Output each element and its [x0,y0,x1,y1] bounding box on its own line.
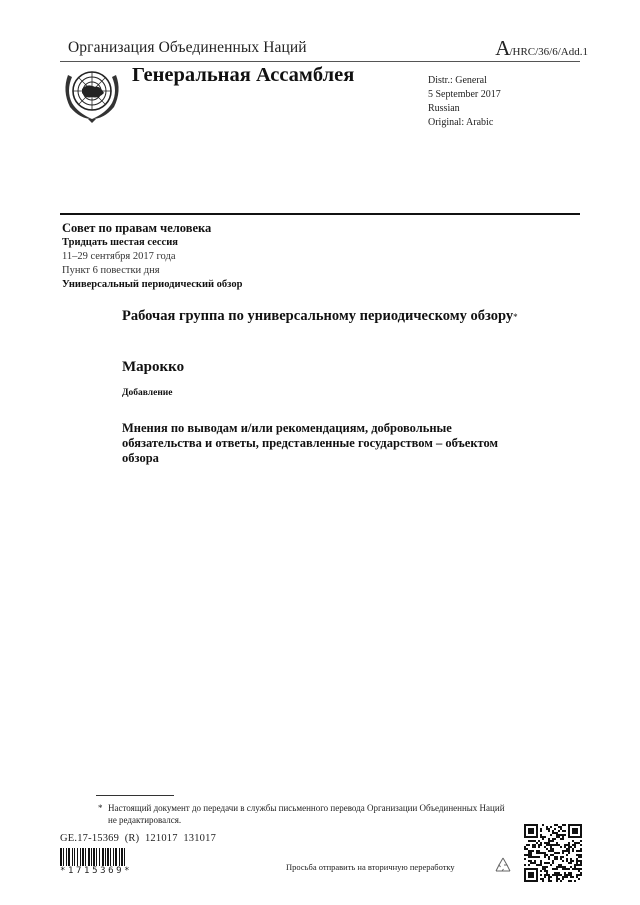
barcode-number: *1715369* [60,866,132,876]
council-block: Совет по правам человека Тридцать шестая… [62,221,242,292]
addendum-label: Добавление [122,388,173,398]
footnote: * Настоящий документ до передачи в служб… [108,802,508,826]
section-rule [60,213,580,215]
barcode-icon [60,848,152,866]
un-emblem-icon [58,63,126,125]
working-group-title: Рабочая группа по универсальному периоди… [122,308,522,326]
working-group-title-text: Рабочая группа по универсальному периоди… [122,308,513,324]
body-title: Генеральная Ассамблея [132,64,354,87]
footnote-marker: * [98,802,103,814]
original-line: Original: Arabic [428,116,501,130]
symbol-rest: /HRC/36/6/Add.1 [509,46,588,58]
footnote-ref[interactable]: * [513,312,518,322]
organization-name: Организация Объединенных Наций [68,39,307,57]
header-rule [60,61,580,62]
session-dates: 11–29 сентября 2017 года [62,250,242,264]
agenda-item: Пункт 6 повестки дня [62,264,242,278]
footnote-rule [96,795,174,796]
subject-title: Мнения по выводам и/или рекомендациям, д… [122,421,522,466]
document-symbol: A/HRC/36/6/Add.1 [495,36,588,61]
footnote-text: Настоящий документ до передачи в службы … [108,803,505,825]
qr-code-icon [524,824,582,882]
symbol-prefix: A [495,36,509,60]
session: Тридцать шестая сессия [62,236,242,250]
distr-line: Distr.: General [428,74,501,88]
distribution-block: Distr.: General 5 September 2017 Russian… [428,74,501,130]
council-name: Совет по правам человека [62,221,242,235]
country-title: Марокко [122,359,184,376]
language-line: Russian [428,102,501,116]
date-line: 5 September 2017 [428,88,501,102]
agenda-title: Универсальный периодический обзор [62,278,242,292]
document-code: GE.17-15369 (R) 121017 131017 [60,833,216,844]
recycle-icon [493,856,513,876]
recycle-text: Просьба отправить на вторичную переработ… [286,862,455,872]
